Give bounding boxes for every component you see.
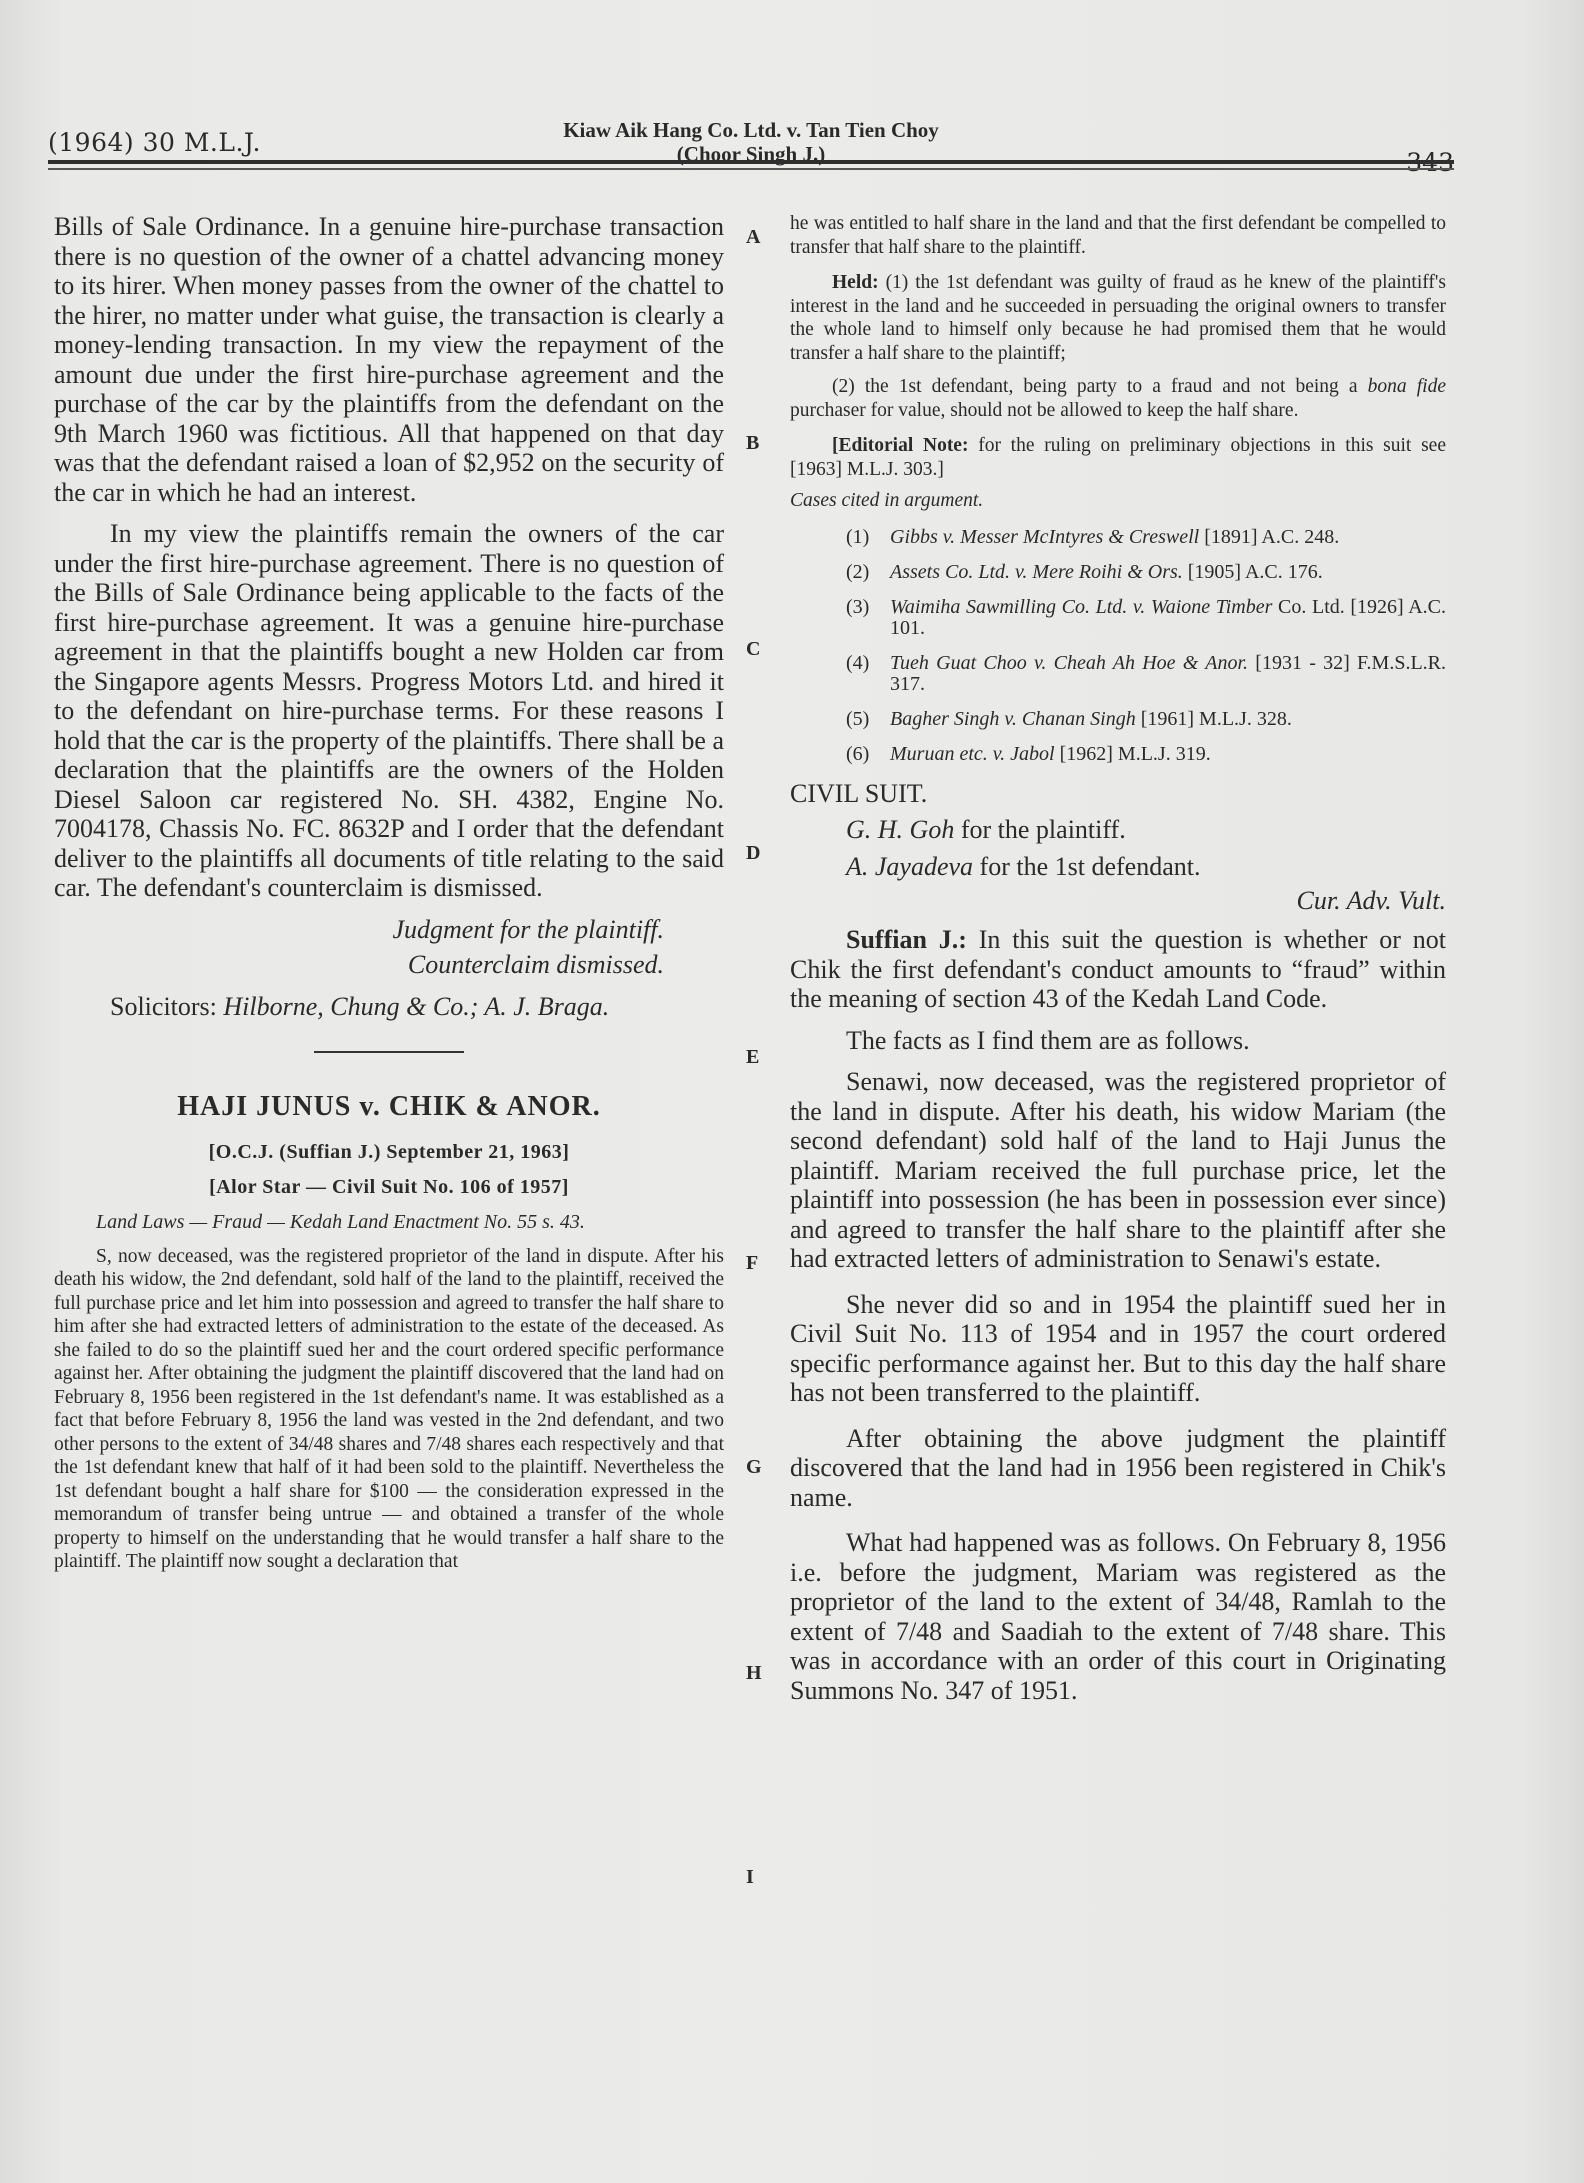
case-name: Muruan etc. v. Jabol (890, 743, 1055, 765)
cited-case: (4)Tueh Guat Choo v. Cheah Ah Hoe & Anor… (790, 653, 1446, 695)
cur-adv-vult: Cur. Adv. Vult. (790, 886, 1446, 916)
suit-number: [Alor Star — Civil Suit No. 106 of 1957] (54, 1176, 724, 1199)
held-point-1: Held: (1) the 1st defendant was guilty o… (790, 271, 1446, 365)
editorial-label: [Editorial Note: (832, 435, 968, 456)
document-page: (1964) 30 M.L.J. Kiaw Aik Hang Co. Ltd. … (0, 0, 1584, 2183)
held-point-2: (2) the 1st defendant, being party to a … (790, 375, 1446, 422)
solicitors-names: Hilborne, Chung & Co.; A. J. Braga. (223, 992, 609, 1021)
case-name: Assets Co. Ltd. v. Mere Roihi & Ors. (890, 561, 1183, 583)
judgment-paragraph: Senawi, now deceased, was the registered… (790, 1067, 1446, 1274)
cases-cited-label: Cases cited in argument. (790, 489, 1446, 513)
margin-letter-g: G (746, 1456, 762, 1479)
cases-cited-list: (1)Gibbs v. Messer McIntyres & Creswell … (790, 527, 1446, 765)
held-2-text-a: (2) the 1st defendant, being party to a … (832, 376, 1368, 397)
case-number: (6) (790, 744, 890, 765)
case-text: Gibbs v. Messer McIntyres & Creswell [18… (890, 527, 1446, 548)
held-2-text-b: purchaser for value, should not be allow… (790, 400, 1298, 421)
held-1-text: (1) the 1st defendant was guilty of frau… (790, 272, 1446, 364)
case-text: Waimiha Sawmilling Co. Ltd. v. Waione Ti… (890, 597, 1446, 639)
judge-label: Suffian J.: (846, 925, 967, 954)
catchwords: Land Laws — Fraud — Kedah Land Enactment… (54, 1211, 724, 1235)
judgment-paragraph: The facts as I find them are as follows. (790, 1026, 1446, 1056)
margin-letter-f: F (746, 1252, 758, 1275)
solicitors-label: Solicitors: (110, 992, 217, 1021)
cited-case: (1)Gibbs v. Messer McIntyres & Creswell … (790, 527, 1446, 548)
counsel-1-role: for the plaintiff. (954, 815, 1125, 844)
judgment-opening: Suffian J.: In this suit the question is… (790, 925, 1446, 1014)
cited-case: (5)Bagher Singh v. Chanan Singh [1961] M… (790, 709, 1446, 730)
editorial-note: [Editorial Note: for the ruling on preli… (790, 434, 1446, 481)
running-case-title: Kiaw Aik Hang Co. Ltd. v. Tan Tien Choy … (48, 118, 1454, 166)
case-number: (1) (790, 527, 890, 548)
case-title: HAJI JUNUS v. CHIK & ANOR. (54, 1091, 724, 1123)
counsel-2-role: for the 1st defendant. (973, 852, 1200, 881)
cited-case: (3)Waimiha Sawmilling Co. Ltd. v. Waione… (790, 597, 1446, 639)
counsel-plaintiff: G. H. Goh for the plaintiff. (790, 815, 1446, 845)
margin-letter-i: I (746, 1866, 754, 1889)
case-separator-rule (314, 1051, 464, 1053)
margin-letter-c: C (746, 638, 760, 661)
case-number: (4) (790, 653, 890, 695)
margin-letter-a: A (746, 226, 760, 249)
civil-suit-heading: CIVIL SUIT. (790, 779, 1446, 809)
case-text: Bagher Singh v. Chanan Singh [1961] M.L.… (890, 709, 1446, 730)
left-column: Bills of Sale Ordinance. In a genuine hi… (54, 212, 724, 1574)
case-text: Tueh Guat Choo v. Cheah Ah Hoe & Anor. [… (890, 653, 1446, 695)
margin-letter-d: D (746, 842, 760, 865)
margin-letter-e: E (746, 1046, 759, 1069)
result-judgment: Judgment for the plaintiff. (54, 915, 724, 945)
case-citation: [1961] M.L.J. 328. (1141, 708, 1292, 730)
case-citation: [1962] M.L.J. 319. (1060, 743, 1211, 765)
held-2-italic: bona fide (1368, 376, 1446, 397)
case-name: Bagher Singh v. Chanan Singh (890, 708, 1136, 730)
case-name: Tueh Guat Choo v. Cheah Ah Hoe & Anor. (890, 652, 1248, 674)
judgment-paragraph: Bills of Sale Ordinance. In a genuine hi… (54, 212, 724, 507)
counsel-1-name: G. H. Goh (846, 815, 954, 844)
judgment-paragraph: In my view the plaintiffs remain the own… (54, 519, 724, 903)
held-label: Held: (832, 272, 879, 293)
margin-letter-h: H (746, 1662, 762, 1685)
case-number: (3) (790, 597, 890, 639)
case-name: Waimiha Sawmilling Co. Ltd. v. Waione Ti… (890, 596, 1272, 618)
margin-letter-b: B (746, 432, 759, 455)
judgment-paragraph: After obtaining the above judgment the p… (790, 1424, 1446, 1513)
headnote-continued: he was entitled to half share in the lan… (790, 212, 1446, 259)
result-counterclaim: Counterclaim dismissed. (54, 950, 724, 980)
solicitors-line: Solicitors: Hilborne, Chung & Co.; A. J.… (54, 992, 724, 1022)
judgment-paragraph: She never did so and in 1954 the plainti… (790, 1290, 1446, 1408)
case-citation: [1905] A.C. 176. (1188, 561, 1323, 583)
case-text: Muruan etc. v. Jabol [1962] M.L.J. 319. (890, 744, 1446, 765)
headnote: S, now deceased, was the registered prop… (54, 1245, 724, 1574)
case-number: (5) (790, 709, 890, 730)
case-number: (2) (790, 562, 890, 583)
case-citation: [1891] A.C. 248. (1204, 526, 1339, 548)
court-and-date: [O.C.J. (Suffian J.) September 21, 1963] (54, 1141, 724, 1164)
counsel-defendant: A. Jayadeva for the 1st defendant. (790, 852, 1446, 882)
counsel-2-name: A. Jayadeva (846, 852, 973, 881)
case-text: Assets Co. Ltd. v. Mere Roihi & Ors. [19… (890, 562, 1446, 583)
right-column: he was entitled to half share in the lan… (790, 212, 1446, 1705)
judgment-paragraph: What had happened was as follows. On Feb… (790, 1528, 1446, 1705)
running-case-name: Kiaw Aik Hang Co. Ltd. v. Tan Tien Choy (48, 118, 1454, 142)
cited-case: (6)Muruan etc. v. Jabol [1962] M.L.J. 31… (790, 744, 1446, 765)
header-rule-thin (48, 168, 1454, 170)
cited-case: (2)Assets Co. Ltd. v. Mere Roihi & Ors. … (790, 562, 1446, 583)
case-name: Gibbs v. Messer McIntyres & Creswell (890, 526, 1199, 548)
header-rule-thick (48, 160, 1454, 164)
